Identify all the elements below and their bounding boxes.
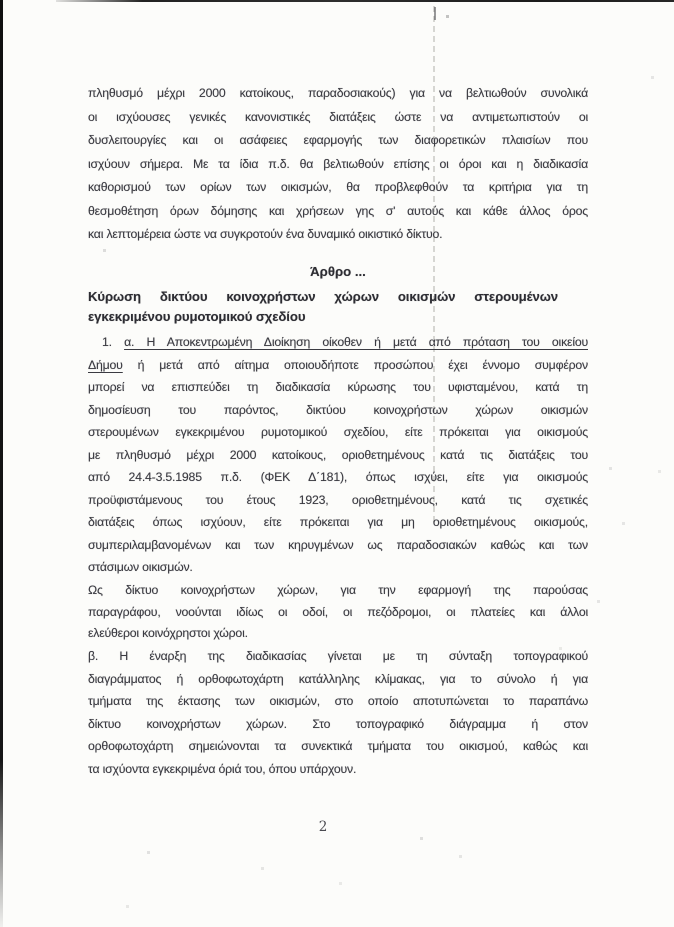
paragraph-b: β. Η έναρξη της διαδικασίας γίνεται με τ… — [88, 645, 588, 780]
text-line: από 24.4-3.5.1985 π.δ. (ΦΕΚ Δ΄181), όπως… — [88, 466, 588, 489]
scan-edge-left-strip — [0, 0, 3, 927]
text-line: διατάξεις όπως ισχύουν, είτε πρόκειται γ… — [88, 511, 588, 534]
paragraph-os-diktyo: Ως δίκτυο κοινοχρήστων χώρων, για την εφ… — [88, 580, 588, 645]
scan-crease-tick — [434, 7, 436, 20]
article-title: Κύρωση δικτύου κοινοχρήστων χώρων οικισμ… — [88, 287, 558, 326]
list-number: 1. — [102, 335, 112, 349]
text-line: παραγράφου, νοούνται ιδίως οι οδοί, οι π… — [88, 602, 588, 624]
page-number: 2 — [88, 819, 558, 835]
article-title-line: Κύρωση δικτύου κοινοχρήστων χώρων οικισμ… — [88, 287, 558, 307]
text-line: ισχύουν σήμερα. Με τα ίδια π.δ. θα βελτι… — [88, 153, 588, 177]
text-line: στερουμένων εγκεκριμένου ρυμοτομικού σχε… — [88, 421, 588, 444]
text-line: μπορεί να επισπεύδει τη διαδικασία κύρωσ… — [88, 376, 588, 399]
text-line: θεσμοθέτηση όρων δόμησης και χρήσεων γης… — [88, 200, 588, 224]
scan-specks — [0, 0, 1, 1]
text-line: δυσλειτουργίες και οι ασάφειες εφαρμογής… — [88, 129, 588, 153]
text-fragment: ή μετά από αίτημα οποιουδήποτε προσώπου … — [138, 358, 588, 372]
underlined-text: α. Η Αποκεντρωμένη Διοίκηση οίκοθεν ή με… — [124, 335, 588, 349]
text-line: Ως δίκτυο κοινοχρήστων χώρων, για την εφ… — [88, 580, 588, 602]
text-line: τα ισχύοντα εγκεκριμένα όριά του, όπου υ… — [88, 758, 588, 781]
text-line: δίκτυο κοινοχρήστων χώρων. Στο τοπογραφι… — [88, 713, 588, 736]
paragraph-intro: πληθυσμό μέχρι 2000 κατοίκους, παραδοσια… — [88, 82, 588, 247]
article-kicker: Άρθρο ... — [88, 264, 588, 279]
document-page: πληθυσμό μέχρι 2000 κατοίκους, παραδοσια… — [0, 0, 674, 927]
underlined-text: Δήμου — [88, 358, 123, 372]
text-line: συμπεριλαμβανομένων και των κηρυγμένων ω… — [88, 534, 588, 557]
text-line: 1. α. Η Αποκεντρωμένη Διοίκηση οίκοθεν ή… — [88, 331, 588, 354]
text-line: πληθυσμό μέχρι 2000 κατοίκους, παραδοσια… — [88, 82, 588, 106]
scan-edge-top-line — [56, 0, 674, 2]
text-line: καθορισμού των ορίων των οικισμών, θα πρ… — [88, 176, 588, 200]
text-line: β. Η έναρξη της διαδικασίας γίνεται με τ… — [88, 645, 588, 668]
text-line: ελεύθεροι κοινόχρηστοι χώροι. — [88, 623, 588, 645]
paragraph-1a: 1. α. Η Αποκεντρωμένη Διοίκηση οίκοθεν ή… — [88, 331, 588, 579]
text-line: δημοσίευση του παρόντος, δικτύου κοινοχρ… — [88, 399, 588, 422]
article-title-line: εγκεκριμένου ρυμοτομικού σχεδίου — [88, 307, 558, 327]
text-line: στάσιμων οικισμών. — [88, 556, 588, 579]
text-line: Δήμου ή μετά από αίτημα οποιουδήποτε προ… — [88, 354, 588, 377]
text-line: τμήματα της έκτασης των οικισμών, στο οπ… — [88, 690, 588, 713]
text-line: προϋφιστάμενους του έτους 1923, οριοθετη… — [88, 489, 588, 512]
text-line: με πληθυσμό μέχρι 2000 κατοίκους, οριοθε… — [88, 444, 588, 467]
text-line: και λεπτομέρεια ώστε να συγκροτούν ένα δ… — [88, 223, 588, 247]
text-line: οι ισχύουσες γενικές κανονιστικές διατάξ… — [88, 106, 588, 130]
text-line: ορθοφωτοχάρτη σημειώνονται τα συνεκτικά … — [88, 735, 588, 758]
text-line: διαγράμματος ή ορθοφωτοχάρτη κατάλληλης … — [88, 668, 588, 691]
